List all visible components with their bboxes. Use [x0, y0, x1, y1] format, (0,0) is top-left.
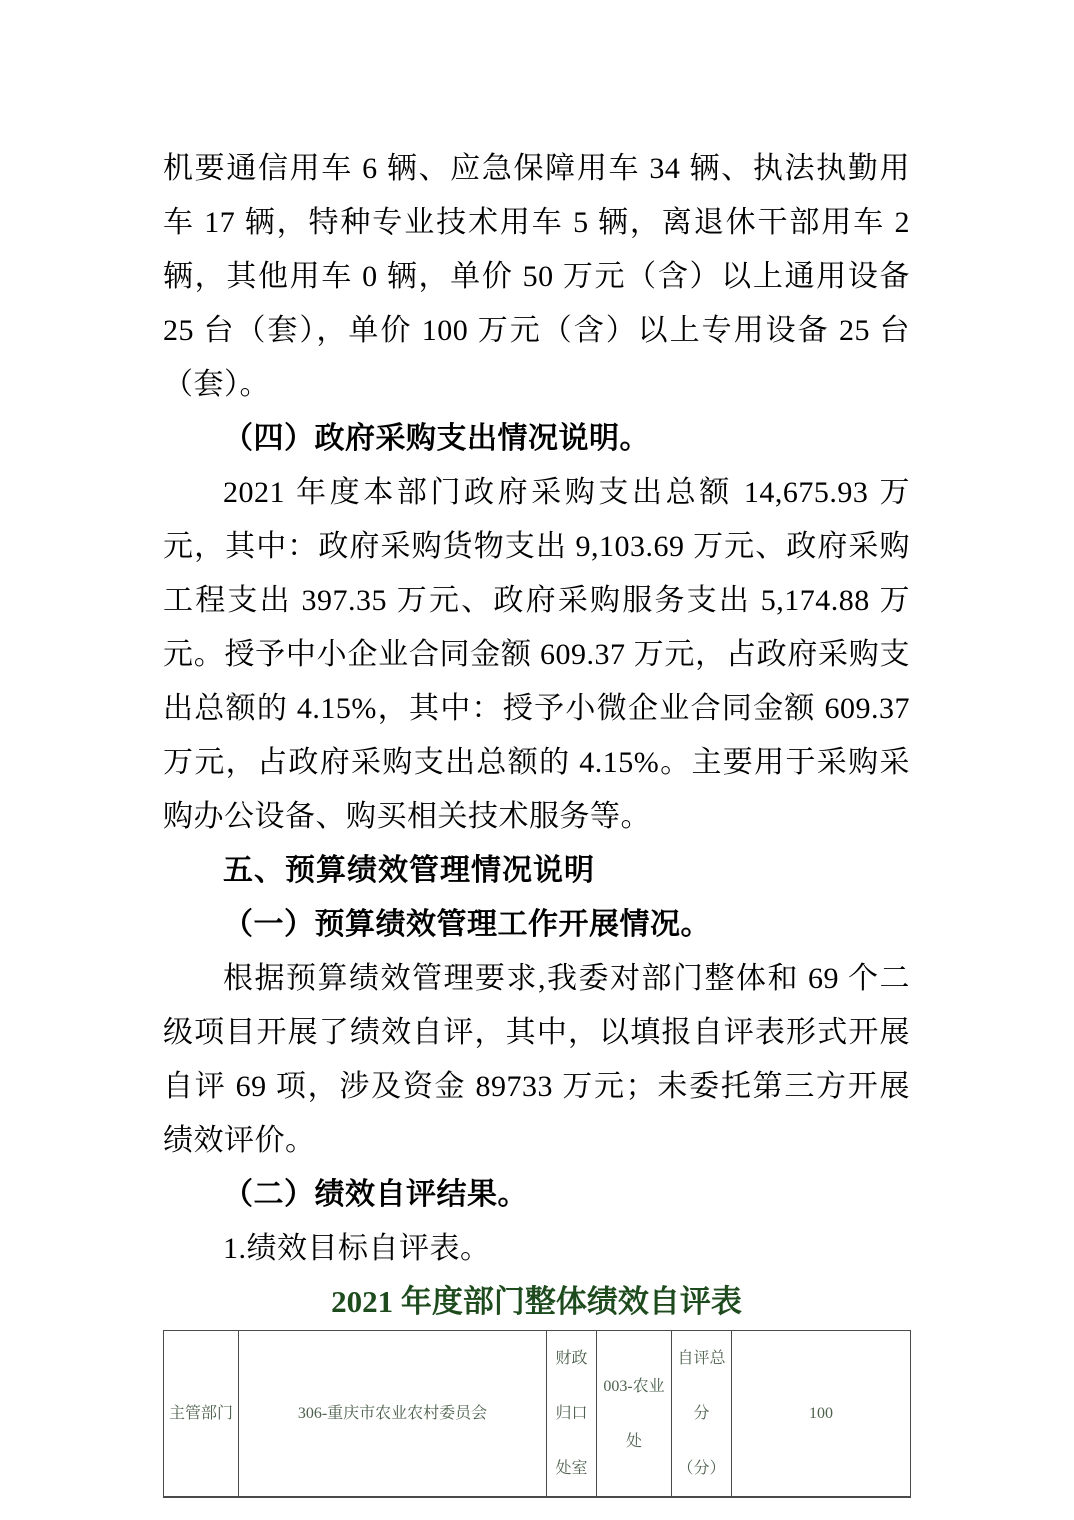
para-gov-procurement: 2021 年度本部门政府采购支出总额 14,675.93 万元，其中：政府采购货…: [163, 466, 910, 844]
cell-supervising-dept-label: 主管部门: [164, 1331, 239, 1498]
cell-finance-office-label: 财政归口处室: [547, 1331, 597, 1498]
heading-performance-work: （一）预算绩效管理工作开展情况。: [163, 898, 910, 952]
document-content: 机要通信用车 6 辆、应急保障用车 34 辆、执法执勤用车 17 辆，特种专业技…: [163, 142, 910, 1498]
cell-self-eval-score-label: 自评总分（分）: [672, 1331, 732, 1498]
heading-budget-performance-section: 五、预算绩效管理情况说明: [163, 844, 910, 898]
table-title: 2021 年度部门整体绩效自评表: [163, 1278, 910, 1326]
cell-supervising-dept-value: 306-重庆市农业农村委员会: [239, 1331, 547, 1498]
document-page: 机要通信用车 6 辆、应急保障用车 34 辆、执法执勤用车 17 辆，特种专业技…: [0, 0, 1074, 1520]
cell-self-eval-score-value: 100: [732, 1331, 911, 1498]
para-official-vehicles: 机要通信用车 6 辆、应急保障用车 34 辆、执法执勤用车 17 辆，特种专业技…: [163, 142, 910, 412]
para-performance-work: 根据预算绩效管理要求,我委对部门整体和 69 个二级项目开展了绩效自评，其中，以…: [163, 952, 910, 1168]
cell-finance-office-value: 003-农业处: [597, 1331, 672, 1498]
heading-gov-procurement: （四）政府采购支出情况说明。: [163, 412, 910, 466]
heading-self-eval-result: （二）绩效自评结果。: [163, 1168, 910, 1222]
para-self-eval-table-intro: 1.绩效目标自评表。: [163, 1222, 910, 1276]
table-row: 主管部门 306-重庆市农业农村委员会 财政归口处室 003-农业处 自评总分（…: [164, 1331, 911, 1498]
self-evaluation-table: 主管部门 306-重庆市农业农村委员会 财政归口处室 003-农业处 自评总分（…: [163, 1330, 911, 1498]
